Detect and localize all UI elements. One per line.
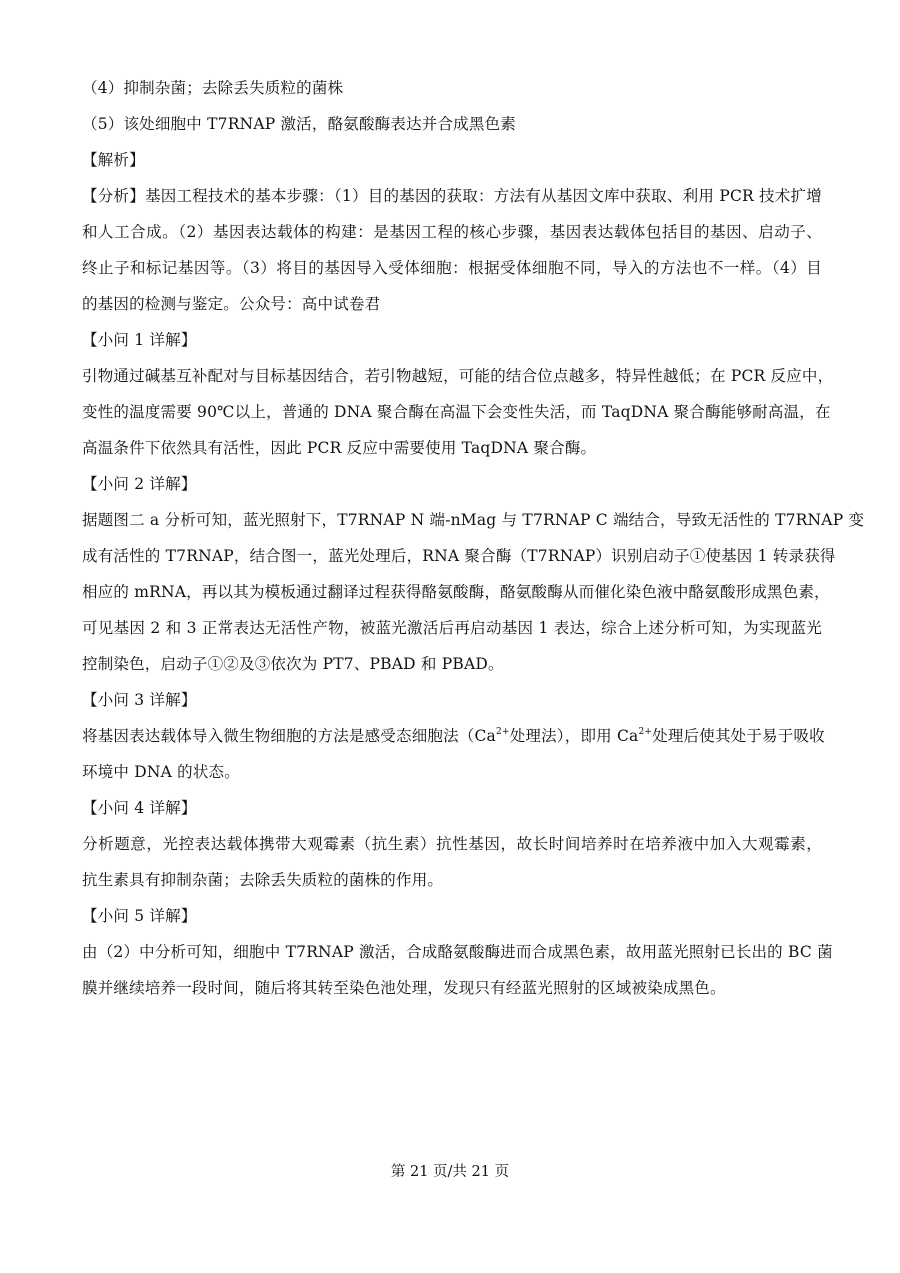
answer-4: （4）抑制杂菌；去除丢失质粒的菌株	[82, 78, 343, 98]
q4-line: 分析题意，光控表达载体携带大观霉素（抗生素）抗性基因，故长时间培养时在培养液中加…	[82, 834, 822, 854]
superscript: 2+	[496, 727, 510, 737]
q3-text: 处理法），即用 Ca	[510, 727, 639, 745]
analysis-line: 【分析】基因工程技术的基本步骤：（1）目的基因的获取：方法有从基因文库中获取、利…	[82, 186, 822, 206]
analysis-heading: 【解析】	[82, 150, 145, 170]
q4-heading: 【小问 4 详解】	[82, 798, 197, 818]
q3-text: 处理后使其处于易于吸收	[652, 727, 825, 745]
q3-heading: 【小问 3 详解】	[82, 690, 197, 710]
answer-5: （5）该处细胞中 T7RNAP 激活，酪氨酸酶表达并合成黑色素	[82, 114, 516, 134]
q5-heading: 【小问 5 详解】	[82, 906, 197, 926]
q1-line: 变性的温度需要 90℃以上，普通的 DNA 聚合酶在高温下会变性失活，而 Taq…	[82, 402, 822, 422]
q2-heading: 【小问 2 详解】	[82, 474, 197, 494]
q4-line: 抗生素具有抑制杂菌；去除丢失质粒的菌株的作用。	[82, 870, 443, 890]
superscript: 2+	[638, 727, 652, 737]
q5-line: 由（2）中分析可知，细胞中 T7RNAP 激活，合成酪氨酸酶进而合成黑色素，故用…	[82, 942, 822, 962]
q1-line: 引物通过碱基互补配对与目标基因结合，若引物越短，可能的结合位点越多，特异性越低；…	[82, 366, 822, 386]
page-number: 第 21 页/共 21 页	[0, 1160, 900, 1181]
q1-line: 高温条件下依然具有活性，因此 PCR 反应中需要使用 TaqDNA 聚合酶。	[82, 438, 596, 458]
analysis-line: 的基因的检测与鉴定。公众号：高中试卷君	[82, 294, 380, 314]
analysis-line: 和人工合成。（2）基因表达载体的构建：是基因工程的核心步骤，基因表达载体包括目的…	[82, 222, 822, 242]
analysis-line: 终止子和标记基因等。（3）将目的基因导入受体细胞：根据受体细胞不同，导入的方法也…	[82, 258, 822, 278]
q3-line: 环境中 DNA 的状态。	[82, 762, 240, 782]
q1-heading: 【小问 1 详解】	[82, 330, 197, 350]
q2-line: 成有活性的 T7RNAP，结合图一，蓝光处理后，RNA 聚合酶（T7RNAP）识…	[82, 546, 822, 566]
q2-line: 相应的 mRNA，再以其为模板通过翻译过程获得酪氨酸酶，酪氨酸酶从而催化染色液中…	[82, 582, 822, 602]
q3-line: 将基因表达载体导入微生物细胞的方法是感受态细胞法（Ca2+处理法），即用 Ca2…	[82, 726, 822, 746]
q5-line: 膜并继续培养一段时间，随后将其转至染色池处理，发现只有经蓝光照射的区域被染成黑色…	[82, 978, 726, 998]
q2-line: 控制染色，启动子①②及③依次为 PT7、PBAD 和 PBAD。	[82, 654, 504, 674]
q2-line: 可见基因 2 和 3 正常表达无活性产物，被蓝光激活后再启动基因 1 表达，综合…	[82, 618, 822, 638]
q3-text: 将基因表达载体导入微生物细胞的方法是感受态细胞法（Ca	[82, 727, 496, 745]
q2-line: 据题图二 a 分析可知，蓝光照射下，T7RNAP N 端-nMag 与 T7RN…	[82, 510, 822, 530]
